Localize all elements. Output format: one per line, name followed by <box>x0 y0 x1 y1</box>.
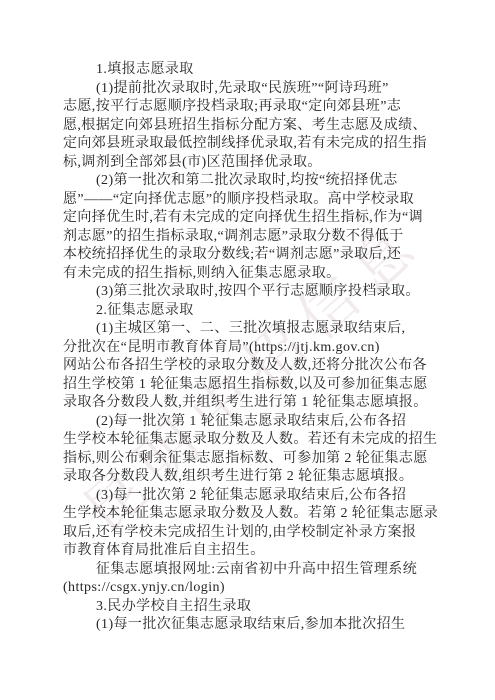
text-line: 本校统招择优生的录取分数线;若“调剂志愿”录取后,还 <box>63 246 438 265</box>
text-line: 录取各分数段人数,并组织考生进行第 1 轮征集志愿填报。 <box>63 394 438 413</box>
text-line: 取后,还有学校未完成招生计划的,由学校制定补录方案报 <box>63 524 438 543</box>
text-line: 指标,则公布剩余征集志愿指标数、可参加第 2 轮征集志愿 <box>63 450 438 469</box>
text-line: (https://csgx.ynjy.cn/login) <box>63 579 438 598</box>
text-line: 定向郊县班录取最低控制线择优录取,若有未完成的招生指 <box>63 135 438 154</box>
document-page: 昆明中招信息 1.填报志愿录取(1)提前批次录取时,先录取“民族班”“阿诗玛班”… <box>0 0 495 700</box>
text-line: 剂志愿”的招生指标录取,“调剂志愿”录取分数不得低于 <box>63 228 438 247</box>
text-line: 市教育体育局批准后自主招生。 <box>63 542 438 561</box>
text-line: (2)每一批次第 1 轮征集志愿录取结束后,公布各招 <box>63 413 438 432</box>
text-line: 标,调剂到全部郊县(市)区范围择优录取。 <box>63 154 438 173</box>
document-body: 1.填报志愿录取(1)提前批次录取时,先录取“民族班”“阿诗玛班”志愿,按平行志… <box>63 61 438 635</box>
text-line: 定向择优生时,若有未完成的定向择优生招生指标,作为“调 <box>63 209 438 228</box>
text-line: 分批次在“昆明市教育体育局”(https://jtj.km.gov.cn) <box>63 339 438 358</box>
text-line: 2.征集志愿录取 <box>63 302 438 321</box>
text-line: (1)每一批次征集志愿录取结束后,参加本批次招生 <box>63 616 438 635</box>
text-line: (3)每一批次第 2 轮征集志愿录取结束后,公布各招 <box>63 487 438 506</box>
text-line: 3.民办学校自主招生录取 <box>63 598 438 617</box>
text-line: 有未完成的招生指标,则纳入征集志愿录取。 <box>63 265 438 284</box>
text-line: (3)第三批次录取时,按四个平行志愿顺序投档录取。 <box>63 283 438 302</box>
text-line: (2)第一批次和第二批次录取时,均按“统招择优志 <box>63 172 438 191</box>
text-line: 征集志愿填报网址:云南省初中升高中招生管理系统 <box>63 561 438 580</box>
text-line: 招生学校第 1 轮征集志愿招生指标数,以及可参加征集志愿 <box>63 376 438 395</box>
text-line: 网站公布各招生学校的录取分数及人数,还将分批次公布各 <box>63 357 438 376</box>
text-line: 愿”——“定向择优志愿”的顺序投档录取。高中学校录取 <box>63 191 438 210</box>
text-line: 录取各分数段人数,组织考生进行第 2 轮征集志愿填报。 <box>63 468 438 487</box>
text-line: (1)主城区第一、二、三批次填报志愿录取结束后, <box>63 320 438 339</box>
text-line: 生学校本轮征集志愿录取分数及人数。若第 2 轮征集志愿录 <box>63 505 438 524</box>
text-line: (1)提前批次录取时,先录取“民族班”“阿诗玛班” <box>63 80 438 99</box>
text-line: 1.填报志愿录取 <box>63 61 438 80</box>
text-line: 愿,根据定向郊县班招生指标分配方案、考生志愿及成绩、 <box>63 117 438 136</box>
text-line: 志愿,按平行志愿顺序投档录取;再录取“定向郊县班”志 <box>63 98 438 117</box>
text-line: 生学校本轮征集志愿录取分数及人数。若还有未完成的招生 <box>63 431 438 450</box>
